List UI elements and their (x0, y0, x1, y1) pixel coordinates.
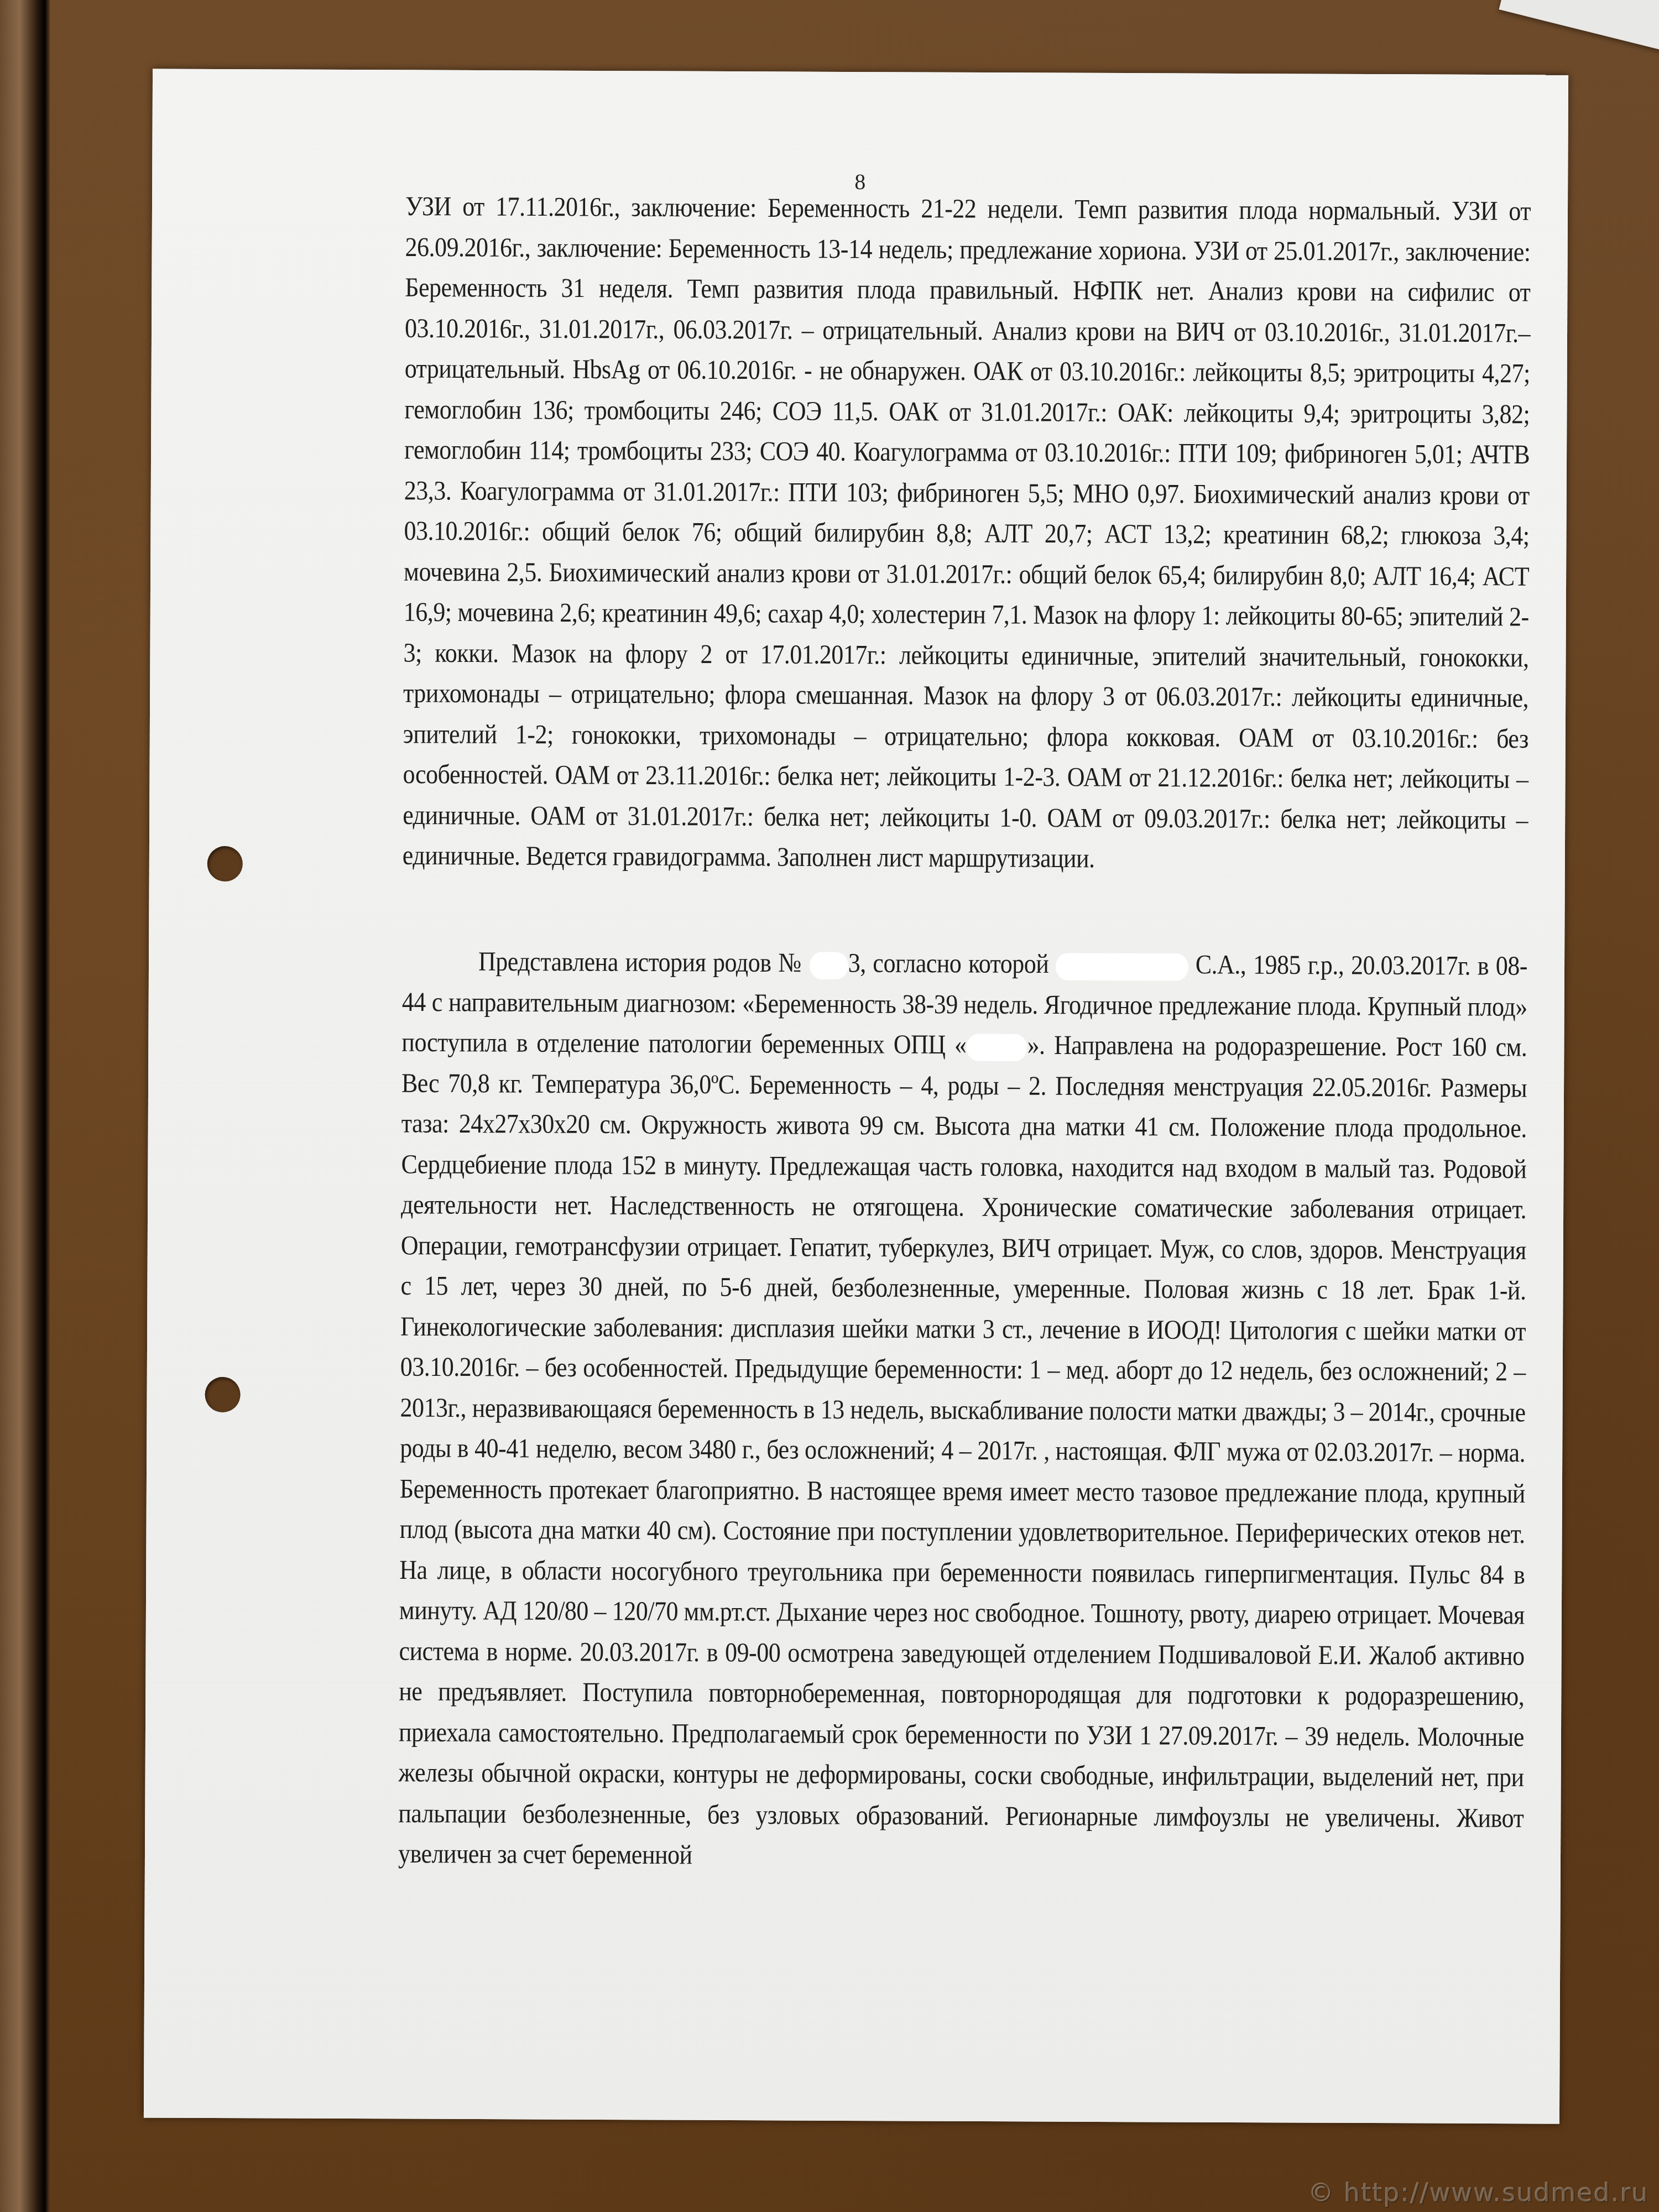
watermark: © http://www.sudmed.ru (1308, 2178, 1649, 2208)
redacted-organization (966, 1034, 1027, 1061)
punch-hole-icon (207, 846, 243, 881)
paragraph-text: Представлена история родов № (478, 946, 810, 978)
paragraph-birth-history: Представлена история родов № 3, согласно… (398, 941, 1527, 1879)
redacted-record-number (810, 952, 848, 979)
punch-hole-icon (205, 1377, 240, 1412)
desk-edge (0, 0, 50, 2212)
paragraph-lab-results: УЗИ от 17.11.2016г., заключение: Беремен… (403, 186, 1531, 880)
redacted-patient-name (1056, 953, 1188, 980)
paragraph-text: 3, согласно которой (848, 948, 1056, 979)
document-page: 8 УЗИ от 17.11.2016г., заключение: Берем… (144, 69, 1568, 2124)
background-paper-corner (1499, 0, 1659, 55)
paragraph-text: ». Направлена на родоразрешение. Рост 16… (398, 1030, 1527, 1870)
